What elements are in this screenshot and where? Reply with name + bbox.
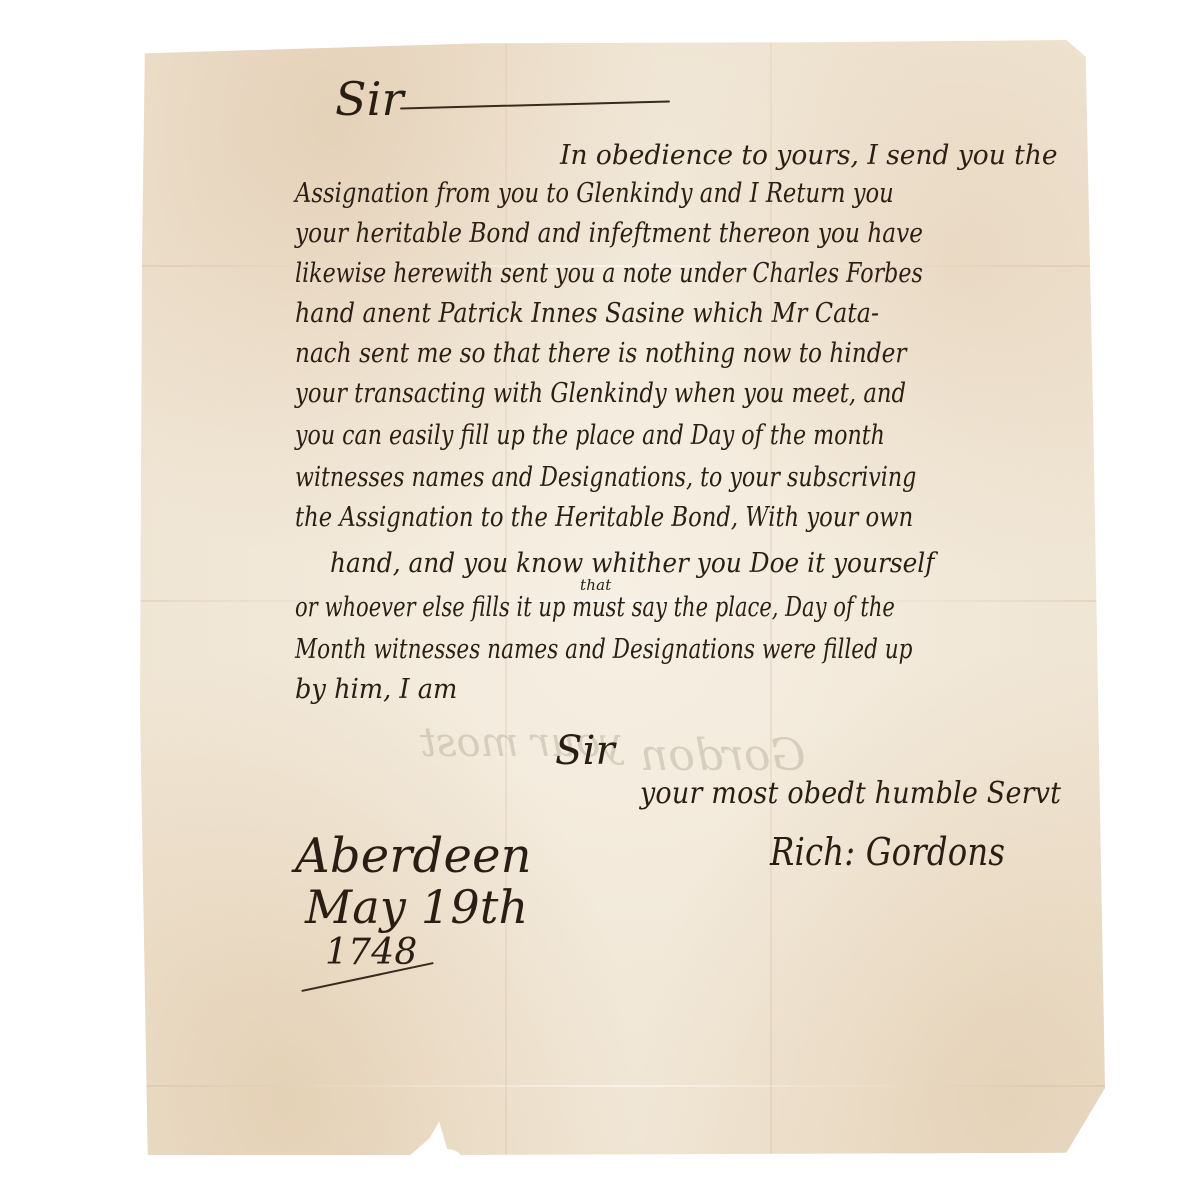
complimentary-close: your most obedt humble Servt (640, 776, 1061, 811)
place-name: Aberdeen (295, 828, 532, 884)
document-image: your most Gordon Sir In obedience to you… (0, 0, 1200, 1200)
letter-body-line: the Assignation to the Heritable Bond, W… (295, 502, 913, 533)
closing-salutation: Sir (555, 728, 615, 774)
date-year: 1748 (325, 932, 417, 973)
signature: Rich: Gordons (770, 830, 1005, 874)
bleedthrough-text: Gordon (640, 730, 806, 781)
letter-body-line: In obedience to yours, I send you the (560, 140, 1058, 171)
salutation: Sir (335, 72, 404, 126)
letter-body-line: hand anent Patrick Innes Sasine which Mr… (295, 298, 879, 329)
letter-body-line: your heritable Bond and infeftment there… (295, 218, 923, 249)
letter-body-line: or whoever else fills it up must say the… (295, 592, 895, 623)
letter-body-line: hand, and you know whither you Doe it yo… (330, 548, 934, 579)
torn-edge (412, 1148, 460, 1162)
letter-body-line: by him, I am (295, 674, 457, 705)
letter-body-line: nach sent me so that there is nothing no… (295, 338, 906, 369)
letter-body-line: Month witnesses names and Designations w… (295, 634, 913, 665)
letter-body-line: witnesses names and Designations, to you… (295, 462, 916, 493)
letter-body-line: your transacting with Glenkindy when you… (295, 378, 906, 409)
fold-crease (140, 1085, 1105, 1087)
date-month-day: May 19th (305, 880, 528, 934)
letter-body-line: likewise herewith sent you a note under … (295, 258, 923, 289)
letter-body-line: Assignation from you to Glenkindy and I … (295, 178, 894, 209)
letter-body-line: you can easily fill up the place and Day… (295, 420, 885, 451)
